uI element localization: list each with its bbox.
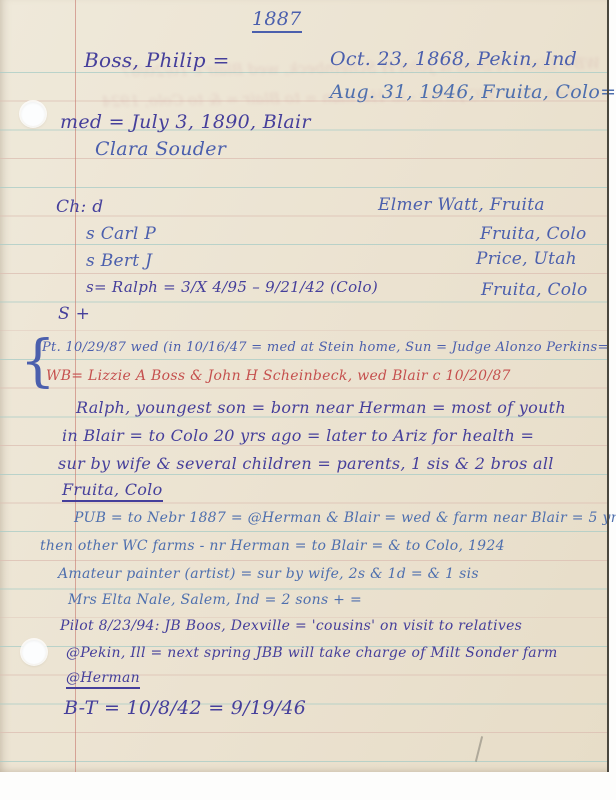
pub-line: then other WC farms - nr Herman = to Bla… — [40, 538, 505, 554]
child-row-place: Price, Utah — [476, 249, 577, 269]
child-row: s Bert J — [86, 251, 152, 271]
obit-place-text: Fruita, Colo — [62, 480, 163, 502]
death-date-place: Aug. 31, 1946, Fruita, Colo=Fruita — [330, 81, 616, 103]
scanned-document: WB= Lizzie A Boss & John H Scheinbeck, w… — [0, 0, 616, 800]
child-row: s Carl P — [86, 224, 156, 244]
ruled-lines — [0, 72, 608, 766]
child-row-place: Fruita, Colo — [480, 224, 587, 244]
pilot-line: Pilot 8/23/94: JB Boos, Dexville = 'cous… — [60, 618, 522, 634]
surname-given-name: Boss, Philip = — [84, 48, 230, 72]
pub-line: Amateur painter (artist) = sur by wife, … — [58, 566, 479, 582]
footer-dates: B-T = 10/8/42 = 9/19/46 — [64, 697, 306, 719]
hole-punch-top — [21, 102, 45, 126]
child-row: S + — [58, 304, 90, 324]
pilot-place-underlined: @Herman — [66, 670, 140, 686]
year-heading: 1887 — [252, 8, 302, 30]
notebook-paper: WB= Lizzie A Boss & John H Scheinbeck, w… — [0, 0, 608, 772]
children-label: Ch: d — [56, 197, 103, 217]
year-heading-text: 1887 — [252, 8, 302, 33]
spouse-name: Clara Souder — [95, 138, 226, 160]
child-row: s= Ralph = 3/X 4/95 – 9/21/42 (Colo) — [86, 278, 378, 296]
wedding-note-line: WB= Lizzie A Boss & John H Scheinbeck, w… — [46, 368, 511, 384]
pilot-line: @Pekin, Ill = next spring JBB will take … — [66, 645, 558, 661]
pilot-place-text: @Herman — [66, 670, 140, 689]
probate-note-line: Pt. 10/29/87 wed (in 10/16/47 = med at S… — [42, 340, 609, 355]
obit-line: Ralph, youngest son = born near Herman =… — [76, 398, 566, 417]
obit-place-underlined: Fruita, Colo — [62, 480, 163, 499]
hole-punch-bottom — [22, 640, 46, 664]
birth-date-place: Oct. 23, 1868, Pekin, Ind — [330, 48, 577, 70]
obit-line: sur by wife & several children = parents… — [58, 454, 554, 473]
informant-name: Elmer Watt, Fruita — [378, 195, 545, 215]
obit-line: in Blair = to Colo 20 yrs ago = later to… — [62, 426, 534, 445]
pub-line: Mrs Elta Nale, Salem, Ind = 2 sons + = — [68, 592, 362, 608]
child-row-place: Fruita, Colo — [481, 280, 588, 300]
pub-line: PUB = to Nebr 1887 = @Herman & Blair = w… — [74, 510, 616, 526]
scan-paper-edge — [607, 0, 609, 772]
marriage-date-line: med = July 3, 1890, Blair — [60, 111, 311, 133]
